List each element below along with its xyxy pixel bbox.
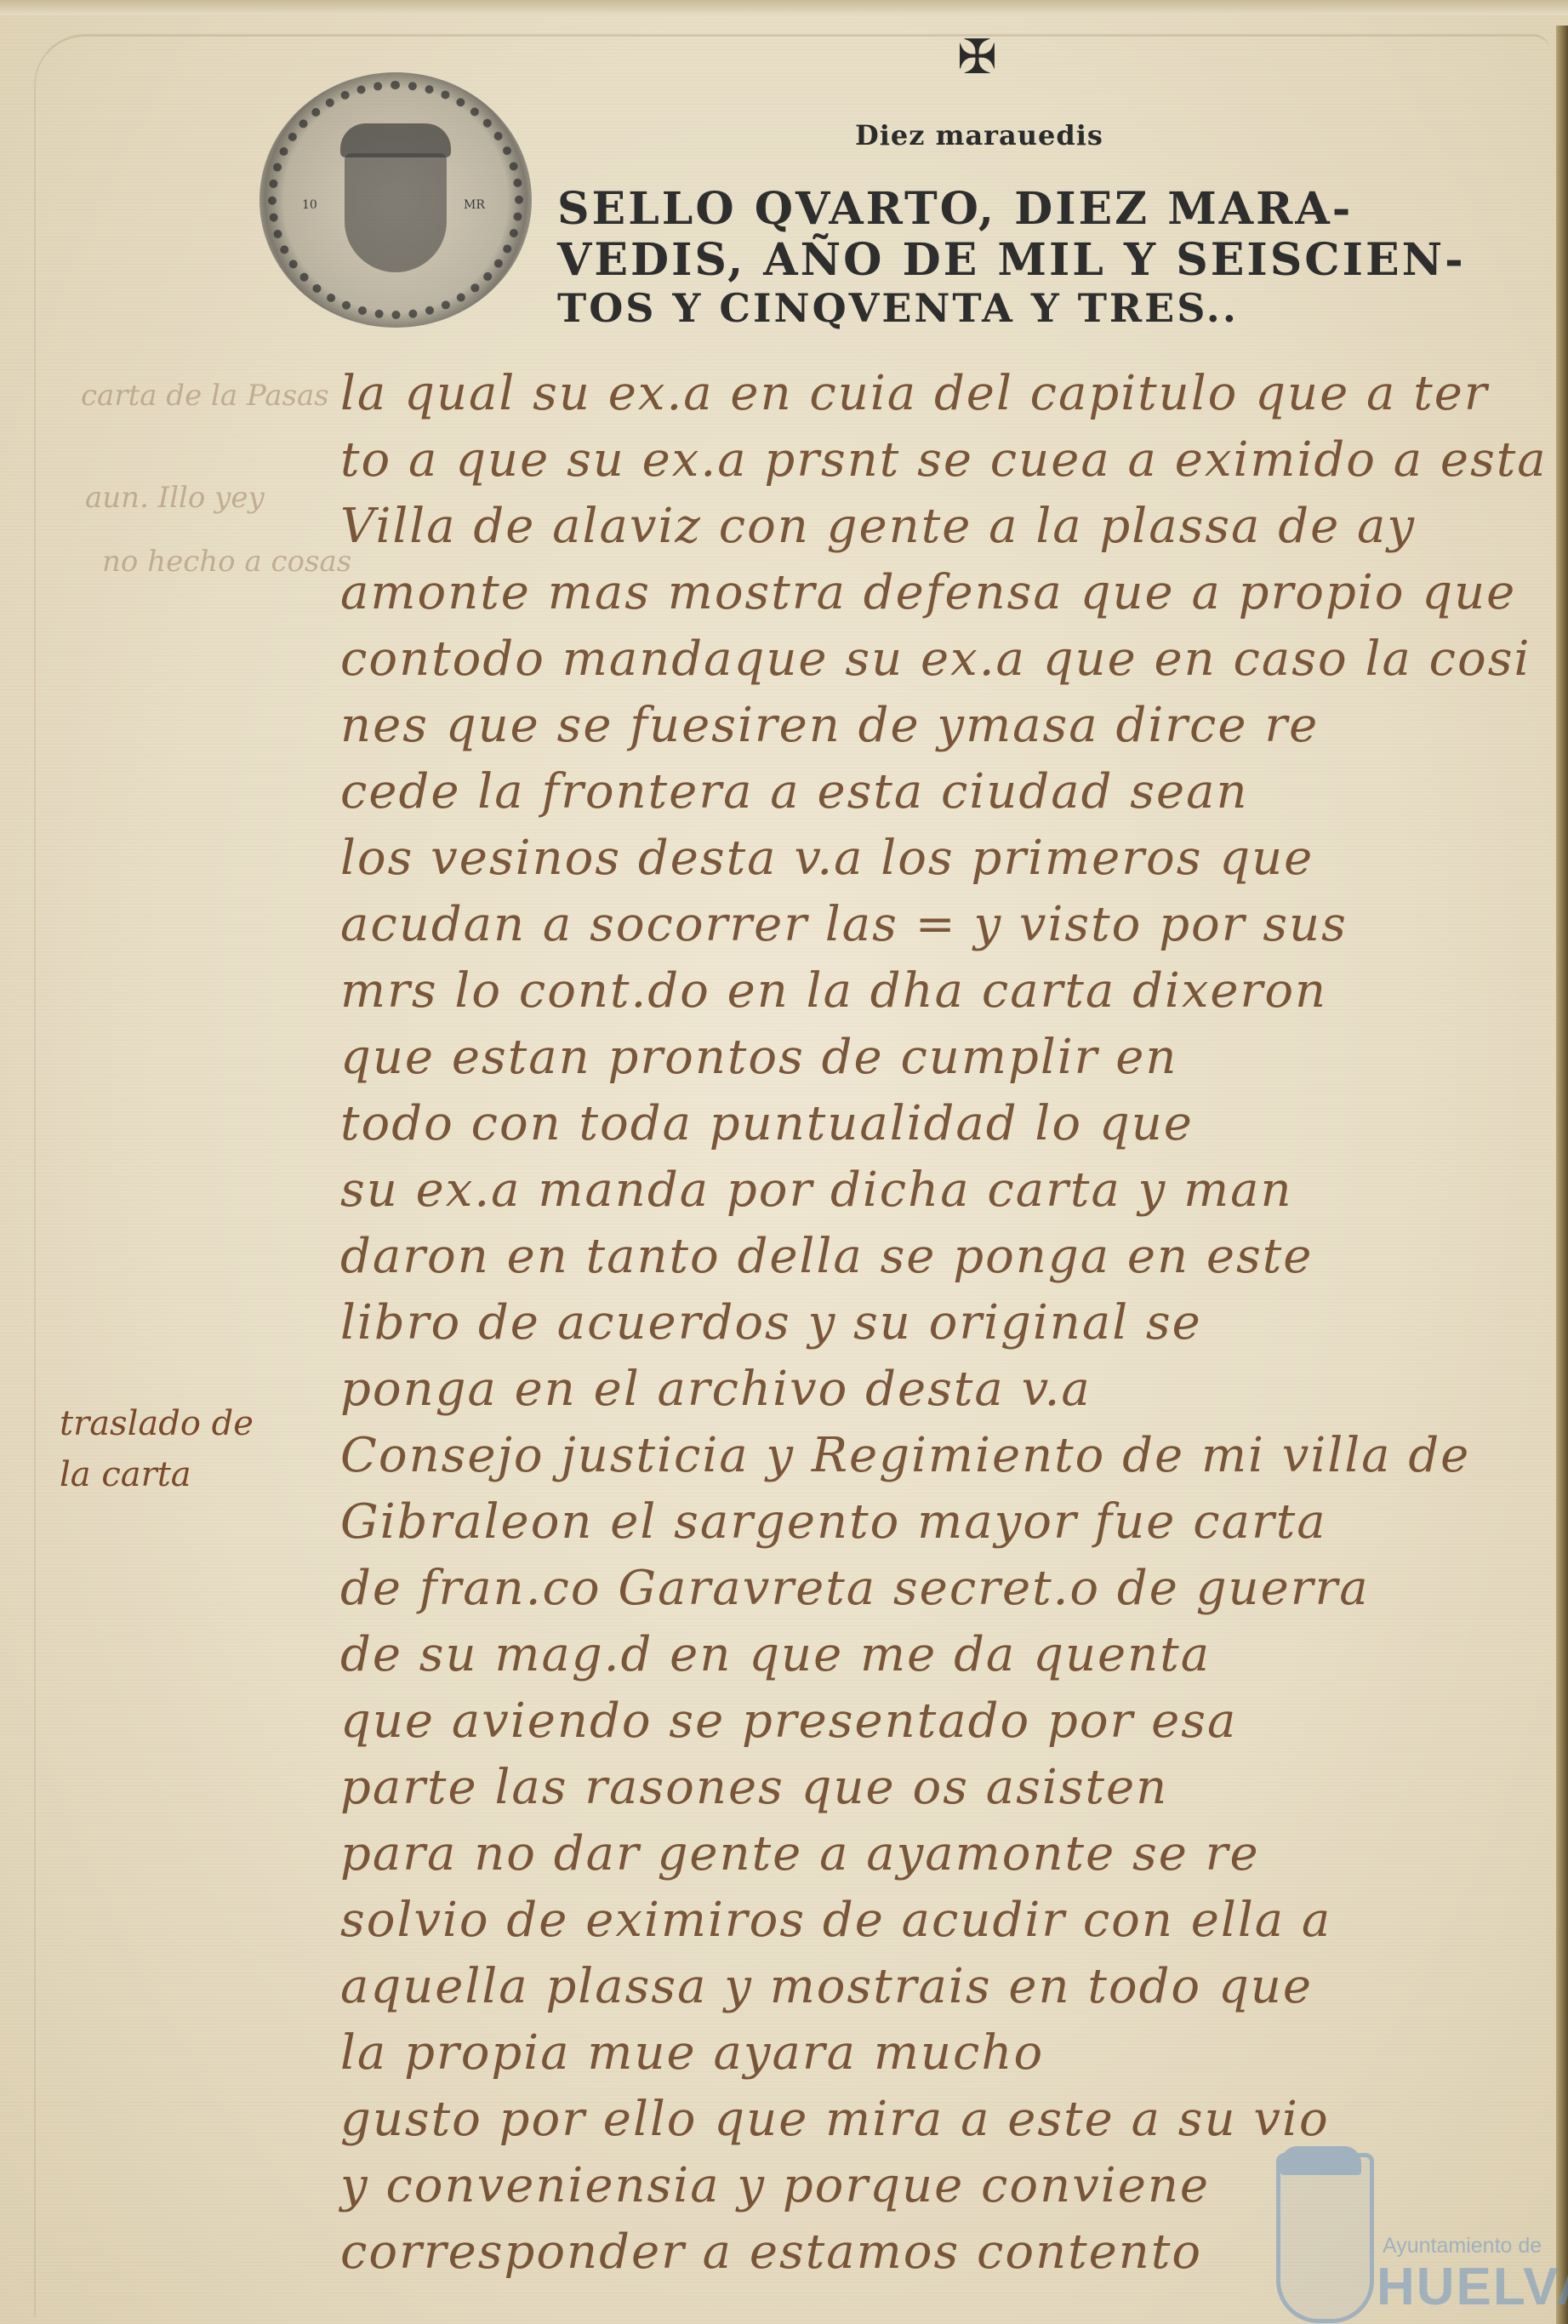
margin-note: traslado de: [60, 1404, 254, 1443]
huelva-crown-icon: [1280, 2146, 1361, 2175]
manuscript-line: cede la frontera a esta ciudad sean: [340, 764, 1249, 819]
manuscript-line: corresponder a estamos contento: [340, 2224, 1202, 2280]
cross-fleury-icon: ✠: [957, 34, 997, 82]
coat-of-arms-icon: [345, 153, 447, 272]
watermark-line2: HUELVA: [1377, 2257, 1568, 2317]
huelva-watermark: Ayuntamiento de HUELVA: [1276, 2153, 1557, 2315]
bleed-through-text: no hecho a cosas: [102, 545, 351, 579]
manuscript-line: gusto por ello que mira a este a su vio: [340, 2092, 1330, 2147]
seal-mark-right: MR: [464, 198, 485, 212]
manuscript-line: aquella plassa y mostrais en todo que: [340, 1959, 1313, 2014]
manuscript-line: acudan a socorrer las = y visto por sus: [340, 897, 1348, 952]
manuscript-line: Consejo justicia y Regimiento de mi vill…: [340, 1428, 1470, 1483]
manuscript-line: parte las rasones que os asisten: [340, 1760, 1168, 1815]
manuscript-line: la qual su ex.a en cuia del capitulo que…: [340, 366, 1489, 421]
manuscript-line: para no dar gente a ayamonte se re: [340, 1826, 1260, 1881]
manuscript-line: todo con toda puntualidad lo que: [340, 1096, 1194, 1151]
manuscript-page: 10 MR ✠ Diez marauedis SELLO QVARTO, DIE…: [0, 0, 1568, 2324]
manuscript-line: de su mag.d en que me da quenta: [340, 1627, 1211, 1682]
watermark-line1: Ayuntamiento de: [1383, 2234, 1542, 2258]
manuscript-line: nes que se fuesiren de ymasa dirce re: [340, 698, 1319, 753]
stamp-denomination: Diez marauedis: [855, 119, 1103, 151]
manuscript-line: Villa de alaviz con gente a la plassa de…: [340, 499, 1416, 554]
manuscript-line: amonte mas mostra defensa que a propio q…: [340, 565, 1516, 620]
manuscript-line: solvio de eximiros de acudir con ella a: [340, 1893, 1331, 1948]
bleed-through-text: carta de la Pasas: [81, 379, 329, 413]
stamp-header-line: TOS Y CINQVENTA Y TRES..: [557, 285, 1239, 331]
margin-note: la carta: [60, 1455, 191, 1494]
bleed-through-text: aun. Illo yey: [85, 481, 265, 515]
royal-seal-icon: 10 MR: [259, 72, 532, 328]
manuscript-line: Gibraleon el sargento mayor fue carta: [340, 1494, 1327, 1550]
manuscript-line: la propia mue ayara mucho: [340, 2025, 1044, 2081]
manuscript-line: to a que su ex.a prsnt se cuea a eximido…: [340, 432, 1548, 488]
crown-icon: [340, 123, 451, 157]
manuscript-line: de fran.co Garavreta secret.o de guerra: [340, 1561, 1370, 1616]
seal-mark-left: 10: [302, 198, 317, 212]
manuscript-line: ponga en el archivo desta v.a: [340, 1362, 1092, 1417]
manuscript-line: que aviendo se presentado por esa: [340, 1693, 1237, 1749]
manuscript-line: los vesinos desta v.a los primeros que: [340, 831, 1314, 886]
manuscript-line: que estan prontos de cumplir en: [340, 1030, 1177, 1085]
manuscript-line: libro de acuerdos y su original se: [340, 1295, 1202, 1350]
page-right-edge: [1556, 26, 1568, 2324]
manuscript-line: y conveniensia y porque conviene: [340, 2158, 1210, 2213]
page-top-edge: [0, 0, 1568, 15]
stamp-header-line: VEDIS, AÑO DE MIL Y SEISCIEN-: [557, 234, 1466, 286]
manuscript-line: contodo mandaque su ex.a que en caso la …: [340, 631, 1531, 687]
stamp-header-line: SELLO QVARTO, DIEZ MARA-: [557, 183, 1353, 235]
manuscript-line: su ex.a manda por dicha carta y man: [340, 1162, 1293, 1218]
manuscript-line: mrs lo cont.do en la dha carta dixeron: [340, 963, 1327, 1019]
huelva-shield-icon: [1276, 2153, 1374, 2323]
manuscript-line: daron en tanto della se ponga en este: [340, 1229, 1313, 1284]
